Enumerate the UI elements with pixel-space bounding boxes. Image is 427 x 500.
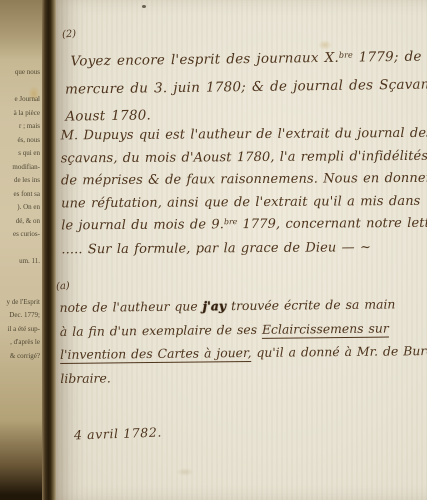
- text-line: és, nous: [0, 134, 40, 148]
- text-line: dé, & on: [0, 215, 40, 229]
- text-line: de méprises & de faux raisonnemens. Nous…: [61, 168, 427, 193]
- text-segment: de les ins: [14, 176, 40, 184]
- text-segment: y de l'Esprit: [6, 298, 40, 306]
- text-segment: note de l'autheur que: [60, 298, 203, 314]
- text-segment: M. Dupuys qui est l'autheur de l'extrait…: [61, 126, 427, 144]
- text-segment: le journal du mois de 9.: [61, 217, 224, 233]
- text-line: [0, 80, 40, 94]
- text-line: [0, 269, 40, 283]
- book-gutter: [42, 0, 56, 500]
- underlined-title-text: l'invention des Cartes à jouer,: [60, 345, 252, 364]
- text-line: y de l'Esprit: [0, 296, 40, 310]
- text-segment: j'ay: [203, 298, 227, 313]
- printed-text-fragments: que nouse Journalà la piècer ; maisés, n…: [0, 66, 40, 363]
- text-segment: 1779, concernant notre lettre..: [237, 216, 427, 233]
- text-line: que nous: [0, 66, 40, 80]
- text-line: de les ins: [0, 174, 40, 188]
- text-segment: & corrigé?: [10, 352, 40, 360]
- text-segment: trouvée écrite de sa main: [226, 296, 395, 313]
- text-segment: mercure du 3. juin 1780; & de journal de…: [65, 76, 427, 97]
- text-segment: 1779; de: [353, 49, 422, 66]
- note-marker-a: (a): [56, 281, 70, 293]
- book-scan: que nouse Journalà la piècer ; maisés, n…: [0, 0, 427, 500]
- text-line: libraire.: [60, 363, 427, 390]
- text-segment: sçavans, du mois d'Aoust 1780, l'a rempl…: [61, 148, 427, 166]
- text-segment: une réfutation, ainsi que de l'extrait q…: [61, 193, 420, 211]
- paragraph-journal-references: Voyez encore l'esprit des journaux X.bre…: [64, 43, 427, 130]
- text-line: une réfutation, ainsi que de l'extrait q…: [61, 190, 427, 215]
- text-segment: il a été sup-: [8, 325, 40, 333]
- text-line: e Journal: [0, 93, 40, 107]
- text-line: Dec. 1779;: [0, 309, 40, 323]
- paper-stain: [176, 468, 194, 476]
- manuscript-page: (2) Voyez encore l'esprit des journaux X…: [56, 0, 427, 500]
- text-line: mercure du 3. juin 1780; & de journal de…: [65, 71, 427, 103]
- text-segment: à la fin d'un exemplaire de ses: [60, 321, 262, 338]
- text-line: M. Dupuys qui est l'autheur de l'extrait…: [61, 123, 427, 148]
- text-segment: és, nous: [17, 136, 40, 144]
- text-line: le journal du mois de 9.bre 1779, concer…: [61, 213, 427, 239]
- text-segment: es font sa: [14, 190, 40, 198]
- text-segment: um. 11.: [19, 257, 40, 265]
- text-segment: bre: [339, 49, 353, 59]
- text-line: il a été sup-: [0, 323, 40, 337]
- text-segment: e Journal: [15, 95, 40, 103]
- text-line: , d'après le: [0, 336, 40, 350]
- text-segment: Dec. 1779;: [9, 311, 40, 319]
- text-line: [0, 282, 40, 296]
- ink-speck: [142, 5, 146, 8]
- text-segment: ). On en: [17, 203, 40, 211]
- text-line: & corrigé?: [0, 350, 40, 364]
- text-line: es curios-: [0, 228, 40, 242]
- text-line: ). On en: [0, 201, 40, 215]
- text-line: s qui en: [0, 147, 40, 161]
- text-segment: qu'il a donné à Mr. de Bure: [251, 343, 427, 360]
- text-segment: Aoust 1780.: [65, 107, 151, 124]
- text-line: um. 11.: [0, 255, 40, 269]
- text-line: l'invention des Cartes à jouer, qu'il a …: [60, 339, 427, 366]
- text-segment: bre: [224, 217, 237, 226]
- text-line: [0, 242, 40, 256]
- text-segment: r ; mais: [19, 122, 40, 130]
- text-segment: à la pièce: [14, 109, 40, 117]
- note-marker-2: (2): [62, 29, 77, 41]
- text-line: note de l'autheur que j'ay trouvée écrit…: [60, 292, 427, 319]
- text-segment: es curios-: [13, 230, 40, 238]
- text-segment: s qui en: [18, 149, 40, 157]
- text-segment: Voyez encore l'esprit des journaux X.: [71, 50, 339, 70]
- text-segment: modifian-: [12, 163, 40, 171]
- text-line: modifian-: [0, 161, 40, 175]
- text-line: es font sa: [0, 188, 40, 202]
- text-segment: que nous: [15, 68, 40, 76]
- facing-page-edge: que nouse Journalà la piècer ; maisés, n…: [0, 0, 42, 500]
- text-segment: de méprises & de faux raisonnemens. Nous…: [61, 171, 427, 189]
- text-segment: ..... Sur la formule, par la grace de Di…: [61, 240, 371, 257]
- text-segment: libraire.: [60, 370, 110, 386]
- text-line: à la pièce: [0, 107, 40, 121]
- text-segment: , d'après le: [10, 338, 40, 346]
- text-line: r ; mais: [0, 120, 40, 134]
- text-line: ..... Sur la formule, par la grace de Di…: [61, 236, 427, 261]
- text-segment: dé, & on: [16, 217, 40, 225]
- paragraph-author-note: note de l'autheur que j'ay trouvée écrit…: [60, 292, 427, 390]
- date-line: 4 avril 1782.: [74, 424, 162, 442]
- paragraph-dupuys-refutation: M. Dupuys qui est l'autheur de l'extrait…: [61, 123, 427, 262]
- text-line: sçavans, du mois d'Aoust 1780, l'a rempl…: [61, 145, 427, 170]
- underlined-title-text: Eclaircissemens sur: [262, 320, 389, 338]
